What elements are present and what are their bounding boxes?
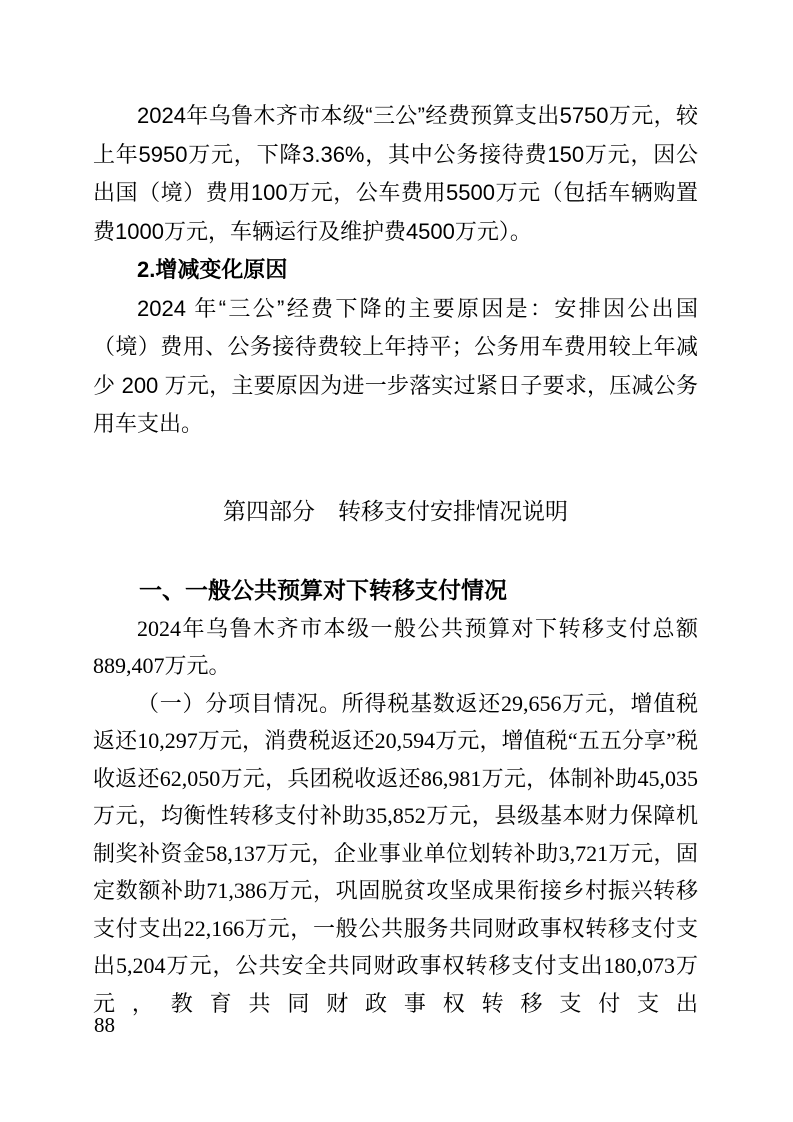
- page-number: 88: [94, 1012, 115, 1038]
- paragraph-change-reasons: 2024 年“三公”经费下降的主要原因是：安排因公出国（境）费用、公务接待费较上…: [93, 290, 698, 444]
- paragraph-transfer-items: （一）分项目情况。所得税基数返还29,656万元，增值税返还10,297万元，消…: [93, 685, 698, 1023]
- section1-heading: 一、一般公共预算对下转移支付情况: [93, 571, 698, 610]
- document-page: 2024年乌鲁木齐市本级“三公”经费预算支出5750万元，较上年5950万元，下…: [0, 0, 793, 1122]
- subheading-change-reasons: 2.增减变化原因: [93, 251, 698, 290]
- paragraph-transfer-total: 2024年乌鲁木齐市本级一般公共预算对下转移支付总额889,407万元。: [93, 610, 698, 685]
- part4-title: 第四部分 转移支付安排情况说明: [93, 492, 698, 531]
- paragraph-three-public-budget: 2024年乌鲁木齐市本级“三公”经费预算支出5750万元，较上年5950万元，下…: [93, 97, 698, 251]
